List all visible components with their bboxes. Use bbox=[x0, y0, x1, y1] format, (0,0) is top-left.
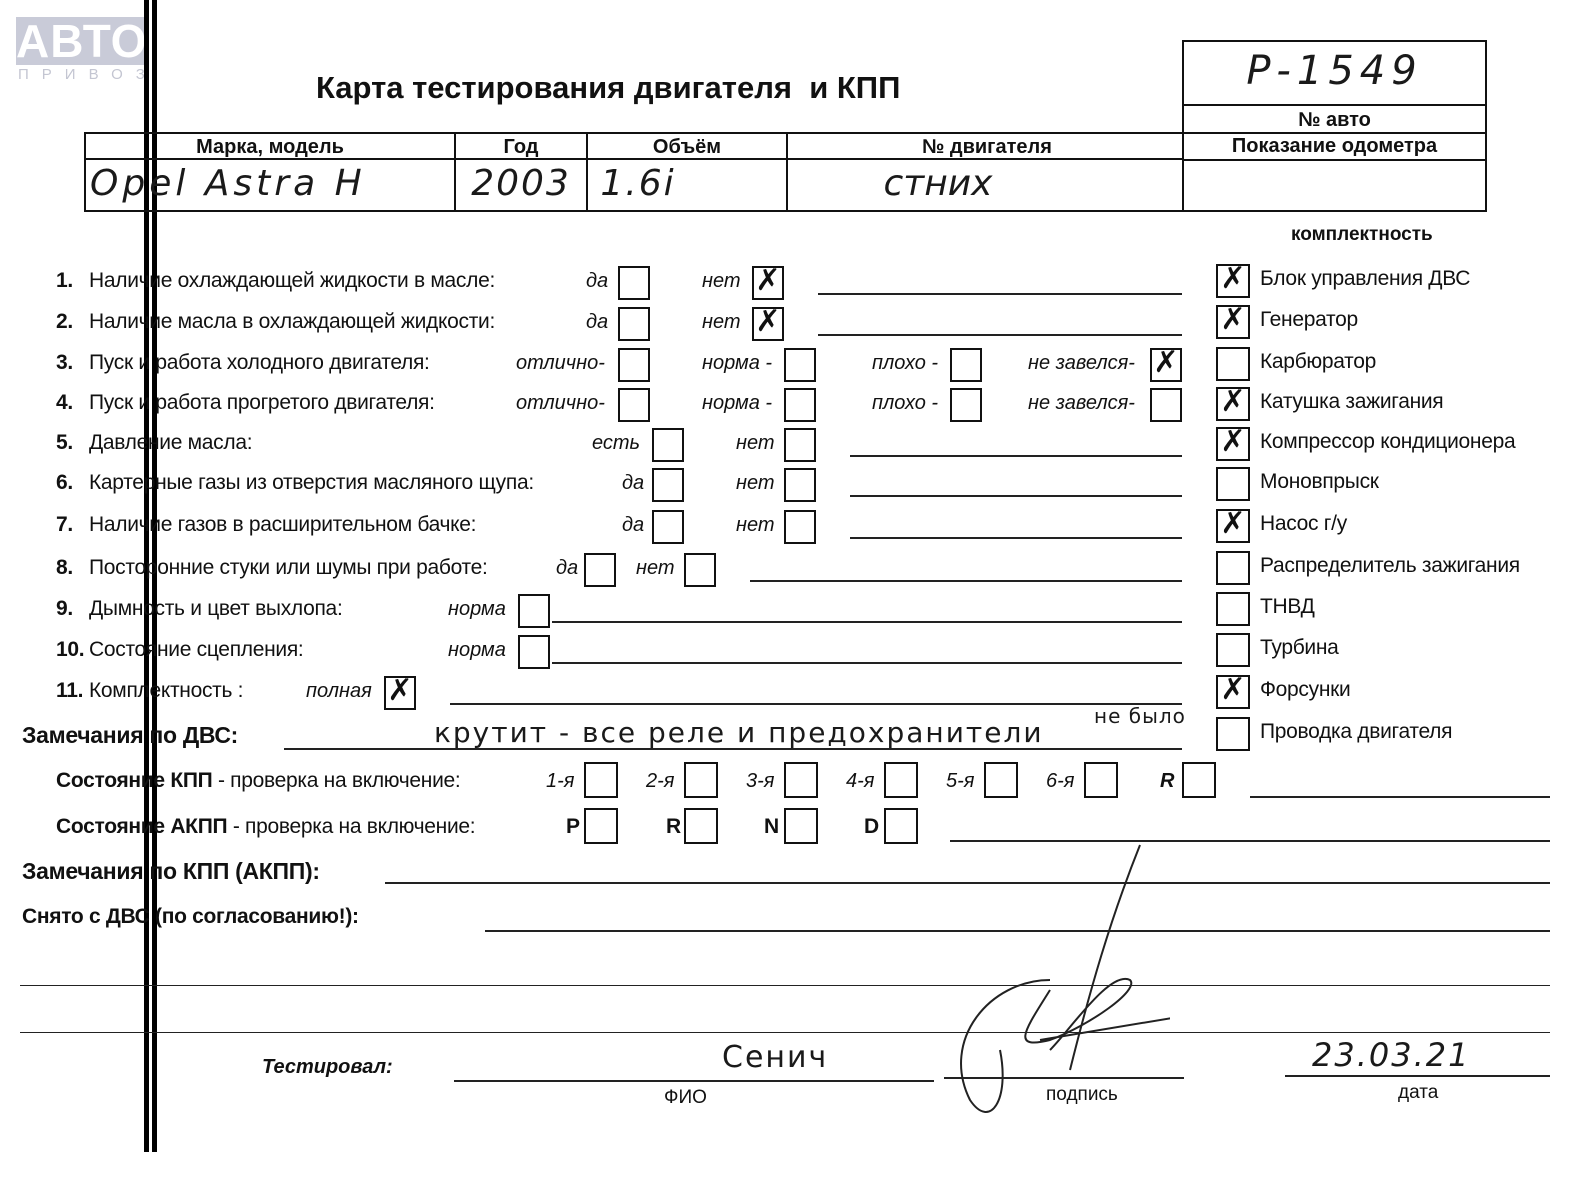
completeness-item-label: Моновпрыск bbox=[1260, 470, 1379, 494]
remarks-engine-note[interactable]: не было bbox=[1094, 704, 1186, 728]
row-question: Давление масла: bbox=[89, 431, 252, 455]
option-checkbox[interactable] bbox=[652, 510, 684, 544]
mode-checkbox[interactable] bbox=[784, 808, 818, 844]
row-number: 9. bbox=[56, 597, 73, 621]
option-checkbox[interactable]: ✗ bbox=[752, 266, 784, 300]
row-question: Состояние сцепления: bbox=[89, 638, 303, 662]
completeness-checkbox[interactable] bbox=[1216, 467, 1250, 501]
option-label: не завелся- bbox=[1028, 392, 1135, 415]
option-label: нет bbox=[736, 514, 775, 537]
check-mark-icon: ✗ bbox=[1218, 671, 1248, 709]
gear-label: 5-я bbox=[946, 770, 974, 793]
date-caption: дата bbox=[1398, 1082, 1438, 1104]
row-question: Посторонние стуки или шумы при работе: bbox=[89, 556, 487, 580]
notes-line[interactable] bbox=[818, 334, 1182, 336]
option-checkbox[interactable] bbox=[618, 388, 650, 422]
signature-scribble bbox=[930, 840, 1170, 1120]
row-number: 8. bbox=[56, 556, 73, 580]
completeness-checkbox[interactable] bbox=[1216, 717, 1250, 751]
mode-checkbox[interactable] bbox=[684, 808, 718, 844]
mode-checkbox[interactable] bbox=[884, 808, 918, 844]
check-mark-icon: ✗ bbox=[1218, 383, 1248, 421]
mode-label: P bbox=[566, 815, 580, 839]
option-label: да bbox=[586, 270, 608, 293]
odometer-label: Показание одометра bbox=[1184, 134, 1485, 158]
completeness-item-label: Карбюратор bbox=[1260, 350, 1376, 374]
option-checkbox[interactable] bbox=[618, 266, 650, 300]
gear-label: 3-я bbox=[746, 770, 774, 793]
completeness-checkbox[interactable]: ✗ bbox=[1216, 675, 1250, 709]
tested-by-label: Тестировал: bbox=[262, 1056, 393, 1079]
row-number: 1. bbox=[56, 269, 73, 293]
gear-checkbox[interactable] bbox=[1084, 762, 1118, 798]
row-number: 4. bbox=[56, 391, 73, 415]
option-checkbox[interactable] bbox=[784, 468, 816, 502]
option-checkbox[interactable] bbox=[784, 348, 816, 382]
check-mark-icon: ✗ bbox=[1218, 505, 1248, 543]
option-label: норма - bbox=[702, 352, 772, 375]
gear-checkbox[interactable] bbox=[884, 762, 918, 798]
option-label: есть bbox=[592, 432, 640, 455]
option-label: полная bbox=[306, 680, 372, 703]
completeness-item-label: Компрессор кондиционера bbox=[1260, 430, 1515, 454]
row-number: 7. bbox=[56, 513, 73, 537]
option-checkbox[interactable] bbox=[518, 594, 550, 628]
completeness-checkbox[interactable]: ✗ bbox=[1216, 387, 1250, 421]
remarks-engine-value[interactable]: крутит - все реле и предохранители bbox=[434, 716, 1044, 749]
column-make-model: Марка, модель bbox=[86, 134, 454, 160]
completeness-item-label: ТНВД bbox=[1260, 595, 1315, 619]
row-question: Наличие масла в охлаждающей жидкости: bbox=[89, 310, 495, 334]
row-number: 2. bbox=[56, 310, 73, 334]
completeness-checkbox[interactable] bbox=[1216, 592, 1250, 626]
option-label: нет bbox=[636, 557, 675, 580]
option-label: да bbox=[622, 514, 644, 537]
car-number-box: Р-1549 № авто Показание одометра bbox=[1182, 40, 1487, 212]
completeness-item-label: Катушка зажигания bbox=[1260, 390, 1443, 414]
remarks-engine-label: Замечания по ДВС: bbox=[22, 722, 238, 749]
row-number: 6. bbox=[56, 471, 73, 495]
removed-label: Снято с ДВС (по согласованию!): bbox=[22, 905, 359, 929]
option-checkbox[interactable] bbox=[784, 428, 816, 462]
option-label: норма - bbox=[702, 392, 772, 415]
column-engine-number: № двигателя bbox=[788, 134, 1186, 160]
option-label: норма bbox=[448, 598, 506, 621]
row-question: Картерные газы из отверстия масляного щу… bbox=[89, 471, 534, 495]
completeness-checkbox[interactable]: ✗ bbox=[1216, 427, 1250, 461]
mode-checkbox[interactable] bbox=[584, 808, 618, 844]
gear-checkbox[interactable] bbox=[784, 762, 818, 798]
gear-label: 2-я bbox=[646, 770, 674, 793]
option-checkbox[interactable]: ✗ bbox=[752, 307, 784, 341]
vehicle-info-table: Марка, модель Год Объём № двигателя Opel… bbox=[84, 132, 1184, 212]
row-question: Дымность и цвет выхлопа: bbox=[89, 597, 342, 621]
completeness-title: комплектность bbox=[1291, 224, 1433, 246]
completeness-item-label: Блок управления ДВС bbox=[1260, 267, 1470, 291]
gear-label: 1-я bbox=[546, 770, 574, 793]
date-line bbox=[1285, 1075, 1550, 1077]
gear-checkbox[interactable] bbox=[984, 762, 1018, 798]
row-question: Комплектность : bbox=[89, 679, 243, 703]
check-mark-icon: ✗ bbox=[754, 303, 782, 341]
completeness-checkbox[interactable] bbox=[1216, 347, 1250, 381]
completeness-item-label: Генератор bbox=[1260, 308, 1358, 332]
notes-line[interactable] bbox=[552, 662, 1182, 664]
completeness-item-label: Насос г/у bbox=[1260, 512, 1347, 536]
option-checkbox[interactable] bbox=[652, 468, 684, 502]
manual-gearbox-line bbox=[1250, 796, 1550, 798]
option-checkbox[interactable] bbox=[784, 388, 816, 422]
row-question: Пуск и работа прогретого двигателя: bbox=[89, 391, 435, 415]
car-number-value[interactable]: Р-1549 bbox=[1184, 48, 1485, 94]
option-checkbox[interactable] bbox=[950, 388, 982, 422]
tester-name-value[interactable]: Сенич bbox=[722, 1040, 828, 1075]
remarks-gearbox-label: Замечания по КПП (АКПП): bbox=[22, 858, 320, 885]
completeness-checkbox[interactable]: ✗ bbox=[1216, 305, 1250, 339]
notes-line[interactable] bbox=[850, 537, 1182, 539]
mode-label: N bbox=[764, 815, 779, 839]
notes-line[interactable] bbox=[552, 621, 1182, 623]
gear-label: 4-я bbox=[846, 770, 874, 793]
name-line bbox=[454, 1080, 934, 1082]
removed-line-2[interactable] bbox=[20, 985, 1550, 986]
check-mark-icon: ✗ bbox=[1218, 301, 1248, 339]
notes-line[interactable] bbox=[850, 455, 1182, 457]
option-label: да bbox=[556, 557, 578, 580]
gear-label: R bbox=[1160, 770, 1174, 793]
notes-line[interactable] bbox=[818, 293, 1182, 295]
engine-number-value[interactable]: стних bbox=[788, 160, 1088, 208]
logo-subtitle: ПРИВОЗ bbox=[18, 66, 158, 83]
gear-checkbox[interactable] bbox=[584, 762, 618, 798]
notes-line[interactable] bbox=[850, 495, 1182, 497]
completeness-item-label: Форсунки bbox=[1260, 678, 1350, 702]
check-mark-icon: ✗ bbox=[386, 672, 414, 710]
check-mark-icon: ✗ bbox=[1152, 344, 1180, 382]
column-year: Год bbox=[456, 134, 586, 160]
date-value[interactable]: 23.03.21 bbox=[1312, 1036, 1471, 1074]
option-label: нет bbox=[736, 432, 775, 455]
row-question: Пуск и работа холодного двигателя: bbox=[89, 351, 430, 375]
option-checkbox[interactable] bbox=[618, 348, 650, 382]
option-checkbox[interactable] bbox=[618, 307, 650, 341]
check-mark-icon: ✗ bbox=[1218, 260, 1248, 298]
option-checkbox[interactable] bbox=[784, 510, 816, 544]
option-label: норма bbox=[448, 639, 506, 662]
notes-line[interactable] bbox=[750, 580, 1182, 582]
option-checkbox[interactable] bbox=[652, 428, 684, 462]
logo: АВТО bbox=[16, 14, 146, 68]
option-checkbox[interactable] bbox=[1150, 388, 1182, 422]
option-checkbox[interactable]: ✗ bbox=[1150, 348, 1182, 382]
name-caption: ФИО bbox=[664, 1087, 707, 1109]
option-label: нет bbox=[736, 472, 775, 495]
gear-checkbox[interactable] bbox=[1182, 762, 1216, 798]
page-title: Карта тестирования двигателя и КПП bbox=[316, 70, 900, 106]
row-number: 10. bbox=[56, 638, 84, 662]
completeness-item-label: Проводка двигателя bbox=[1260, 720, 1452, 744]
make-model-value[interactable]: Opel Astra H bbox=[90, 160, 452, 208]
row-number: 3. bbox=[56, 351, 73, 375]
car-number-label: № авто bbox=[1184, 106, 1485, 134]
option-label: да bbox=[622, 472, 644, 495]
option-label: плохо - bbox=[872, 392, 938, 415]
volume-value[interactable]: 1.6i bbox=[588, 160, 688, 208]
option-label: да bbox=[586, 311, 608, 334]
option-label: отлично- bbox=[516, 392, 605, 415]
gear-label: 6-я bbox=[1046, 770, 1074, 793]
completeness-item-label: Распределитель зажигания bbox=[1260, 554, 1520, 578]
row-number: 5. bbox=[56, 431, 73, 455]
row-question: Наличие охлаждающей жидкости в масле: bbox=[89, 269, 495, 293]
check-mark-icon: ✗ bbox=[754, 262, 782, 300]
option-checkbox[interactable] bbox=[950, 348, 982, 382]
row-question: Наличие газов в расширительном бачке: bbox=[89, 513, 476, 537]
notes-line[interactable] bbox=[450, 703, 1182, 705]
completeness-checkbox[interactable]: ✗ bbox=[1216, 264, 1250, 298]
check-mark-icon: ✗ bbox=[1218, 423, 1248, 461]
completeness-checkbox[interactable]: ✗ bbox=[1216, 509, 1250, 543]
mode-label: R bbox=[666, 815, 681, 839]
option-label: отлично- bbox=[516, 352, 605, 375]
option-checkbox[interactable] bbox=[518, 635, 550, 669]
removed-line-3[interactable] bbox=[20, 1032, 1550, 1033]
completeness-item-label: Турбина bbox=[1260, 636, 1339, 660]
option-label: плохо - bbox=[872, 352, 938, 375]
row-number: 11. bbox=[56, 679, 83, 703]
mode-label: D bbox=[864, 815, 879, 839]
manual-gearbox-label: Состояние КПП - проверка на включение: bbox=[56, 769, 460, 793]
option-checkbox[interactable]: ✗ bbox=[384, 676, 416, 710]
column-volume: Объём bbox=[588, 134, 786, 160]
year-value[interactable]: 2003 bbox=[456, 160, 586, 208]
auto-gearbox-label: Состояние АКПП - проверка на включение: bbox=[56, 815, 475, 839]
option-label: нет bbox=[702, 311, 741, 334]
option-label: нет bbox=[702, 270, 741, 293]
gear-checkbox[interactable] bbox=[684, 762, 718, 798]
completeness-checkbox[interactable] bbox=[1216, 633, 1250, 667]
completeness-checkbox[interactable] bbox=[1216, 551, 1250, 585]
option-checkbox[interactable] bbox=[584, 553, 616, 587]
option-checkbox[interactable] bbox=[684, 553, 716, 587]
option-label: не завелся- bbox=[1028, 352, 1135, 375]
